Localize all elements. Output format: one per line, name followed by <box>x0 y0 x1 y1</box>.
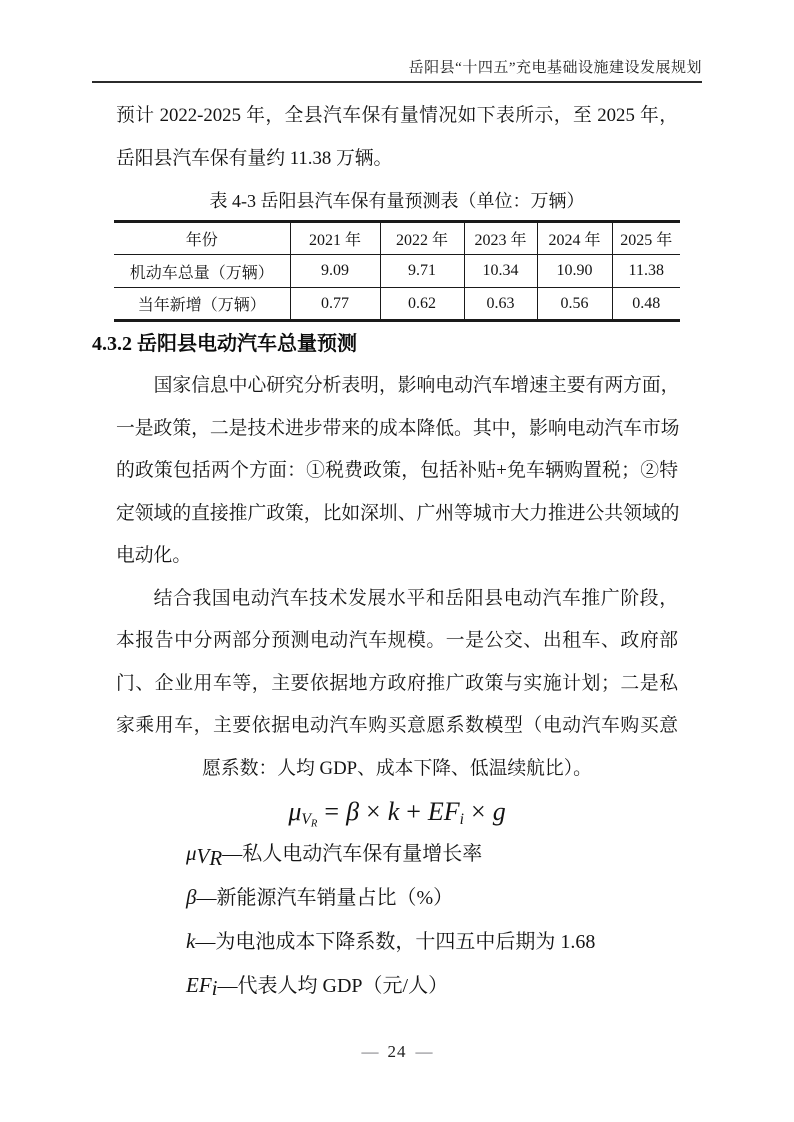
table-row: 机动车总量（万辆） 9.09 9.71 10.34 10.90 11.38 <box>114 255 680 288</box>
row-label-cell: 机动车总量（万辆） <box>114 255 290 288</box>
table-cell: 0.48 <box>612 288 680 321</box>
paragraph-line: 一是政策，二是技术进步带来的成本降低。其中，影响电动汽车市场 <box>116 408 678 451</box>
row-label-cell: 当年新增（万辆） <box>114 288 290 321</box>
formula-subscript-v: V <box>301 811 311 828</box>
definition-ef: EFi—代表人均 GDP（元/人） <box>186 964 702 1008</box>
table-header-row: 年份 2021 年 2022 年 2023 年 2024 年 2025 年 <box>114 222 680 255</box>
table-cell: 10.90 <box>537 255 612 288</box>
definition-symbol: μ <box>186 841 197 865</box>
formula-symbol-beta: β <box>346 797 359 826</box>
formula-subscript-i: i <box>460 811 464 828</box>
table-cell: 10.34 <box>464 255 537 288</box>
table-caption: 表 4-3 岳阳县汽车保有量预测表（单位：万辆） <box>92 188 702 214</box>
table-cell: 9.71 <box>380 255 464 288</box>
paragraph-line: 的政策包括两个方面：①税费政策，包括补贴+免车辆购置税；②特 <box>116 450 678 493</box>
formula-symbol-k: k <box>388 797 400 826</box>
table-header-cell: 2025 年 <box>612 222 680 255</box>
table-header-cell: 年份 <box>114 222 290 255</box>
table-header-cell: 2021 年 <box>290 222 380 255</box>
header-title: 岳阳县“十四五”充电基础设施建设发展规划 <box>409 60 702 76</box>
definition-text: —为电池成本下降系数，十四五中后期为 1.68 <box>195 931 595 953</box>
policy-paragraph: 国家信息中心研究分析表明，影响电动汽车增速主要有两方面， 一是政策，二是技术进步… <box>92 365 702 578</box>
formula-plus: + <box>406 797 421 826</box>
paragraph-line: 家乘用车，主要依据电动汽车购买意愿系数模型（电动汽车购买意 <box>116 705 678 748</box>
definition-subscript: V <box>197 844 210 868</box>
table-cell: 0.63 <box>464 288 537 321</box>
paragraph-line: 岳阳县汽车保有量约 11.38 万辆。 <box>116 138 678 181</box>
document-body: 预计 2022-2025 年，全县汽车保有量情况如下表所示，至 2025 年， … <box>92 95 702 1008</box>
definition-text: —代表人均 GDP（元/人） <box>218 975 449 997</box>
intro-paragraph: 预计 2022-2025 年，全县汽车保有量情况如下表所示，至 2025 年， … <box>92 95 702 180</box>
growth-rate-formula: μVR=β×k+EFi×g <box>92 792 702 832</box>
section-heading: 4.3.2 岳阳县电动汽车总量预测 <box>92 331 702 357</box>
vehicle-forecast-table: 年份 2021 年 2022 年 2023 年 2024 年 2025 年 机动… <box>114 220 680 322</box>
definition-text: —私人电动汽车保有量增长率 <box>222 843 482 865</box>
formula-symbol-g: g <box>493 797 506 826</box>
definition-text: —新能源汽车销量占比（%） <box>196 887 453 909</box>
definition-mu: μVR—私人电动汽车保有量增长率 <box>186 832 702 876</box>
paragraph-line: 电动化。 <box>116 535 678 578</box>
formula-times: × <box>471 797 486 826</box>
paragraph-line: 愿系数：人均 GDP、成本下降、低温续航比）。 <box>116 748 678 791</box>
paragraph-line: 预计 2022-2025 年，全县汽车保有量情况如下表所示，至 2025 年， <box>116 95 678 138</box>
table-header-cell: 2024 年 <box>537 222 612 255</box>
definition-subscript: R <box>209 846 222 870</box>
page-number: 24 <box>388 1042 407 1061</box>
definition-symbol: k <box>186 929 195 953</box>
paragraph-line: 定领域的直接推广政策，比如深圳、广州等城市大力推进公共领域的 <box>116 493 678 536</box>
paragraph-line: 国家信息中心研究分析表明，影响电动汽车增速主要有两方面， <box>116 365 678 408</box>
table-cell: 9.09 <box>290 255 380 288</box>
formula-definitions: μVR—私人电动汽车保有量增长率 β—新能源汽车销量占比（%） k—为电池成本下… <box>92 832 702 1008</box>
table-row: 当年新增（万辆） 0.77 0.62 0.63 0.56 0.48 <box>114 288 680 321</box>
formula-symbol-mu: μ <box>288 797 301 826</box>
method-paragraph: 结合我国电动汽车技术发展水平和岳阳县电动汽车推广阶段， 本报告中分两部分预测电动… <box>92 578 702 791</box>
definition-symbol: β <box>186 885 196 909</box>
formula-times: × <box>366 797 381 826</box>
table-cell: 0.62 <box>380 288 464 321</box>
table-header-cell: 2022 年 <box>380 222 464 255</box>
formula-subscript-r: R <box>311 819 317 830</box>
table-header-cell: 2023 年 <box>464 222 537 255</box>
definition-beta: β—新能源汽车销量占比（%） <box>186 876 702 920</box>
table-cell: 11.38 <box>612 255 680 288</box>
definition-k: k—为电池成本下降系数，十四五中后期为 1.68 <box>186 920 702 964</box>
table-cell: 0.77 <box>290 288 380 321</box>
table-cell: 0.56 <box>537 288 612 321</box>
footer-dash: — <box>362 1042 379 1061</box>
paragraph-line: 本报告中分两部分预测电动汽车规模。一是公交、出租车、政府部 <box>116 620 678 663</box>
footer-dash: — <box>416 1042 433 1061</box>
page-footer: —24— <box>0 1042 794 1062</box>
paragraph-line: 结合我国电动汽车技术发展水平和岳阳县电动汽车推广阶段， <box>116 578 678 621</box>
definition-symbol: EF <box>186 973 212 997</box>
formula-symbol-ef: EF <box>428 797 460 826</box>
formula-equals: = <box>324 797 339 826</box>
page-header: 岳阳县“十四五”充电基础设施建设发展规划 <box>92 0 702 83</box>
paragraph-line: 门、企业用车等，主要依据地方政府推广政策与实施计划；二是私 <box>116 663 678 706</box>
